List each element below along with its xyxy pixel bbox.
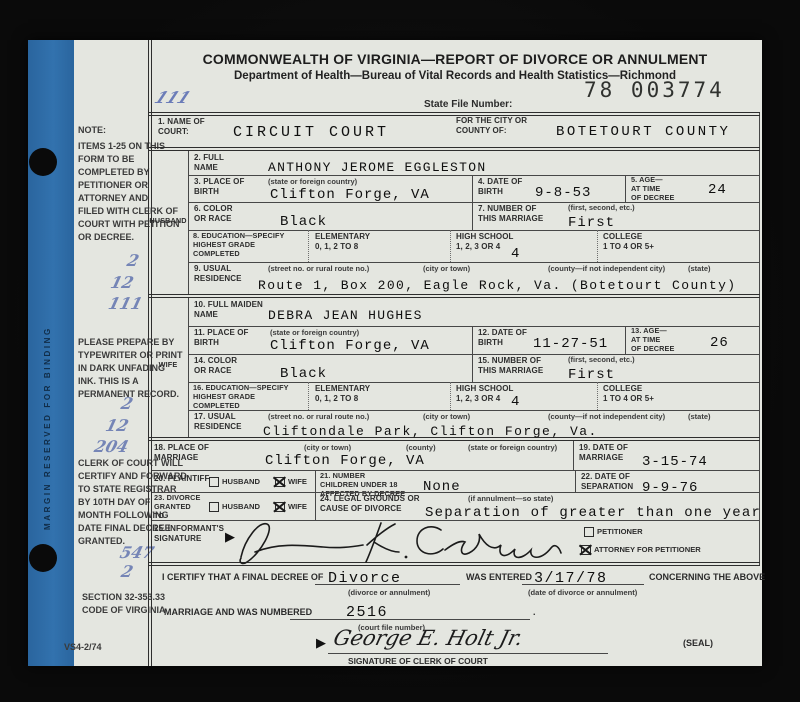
decree-type-caption: (divorce or annulment) bbox=[348, 588, 430, 597]
rule bbox=[625, 326, 626, 354]
husband-full-name-label: 2. FULL NAME bbox=[194, 153, 224, 172]
husband-birthplace-hint: (state or foreign country) bbox=[268, 178, 357, 186]
wife-column-rule bbox=[188, 298, 189, 437]
rule-row1-bottom bbox=[148, 147, 760, 151]
husband-section-label: HUSBAND bbox=[149, 217, 187, 226]
plaintiff-husband-checkbox bbox=[209, 477, 219, 487]
husband-residence-label: 9. USUAL RESIDENCE bbox=[194, 264, 242, 283]
rule bbox=[152, 470, 759, 471]
rule bbox=[328, 653, 608, 654]
marriage-place-hint-state: (state or foreign country) bbox=[468, 444, 557, 452]
certify-text-2: WAS ENTERED bbox=[466, 572, 532, 582]
granted-wife-checkbox bbox=[275, 502, 285, 512]
rule-husband-bottom bbox=[148, 294, 760, 298]
wife-maiden-name-value: DEBRA JEAN HUGHES bbox=[268, 309, 423, 322]
plaintiff-wife-label: WIFE bbox=[288, 477, 307, 486]
punch-hole-bottom bbox=[29, 544, 57, 572]
certify-period: . bbox=[533, 607, 536, 617]
divorce-granted-label: 23. DIVORCE GRANTED TO bbox=[154, 494, 201, 520]
clerk-signature-caption: SIGNATURE OF CLERK OF COURT bbox=[348, 656, 488, 666]
husband-education-label: 8. EDUCATION—SPECIFY HIGHEST GRADE COMPL… bbox=[193, 232, 284, 258]
rule-header-bottom bbox=[148, 112, 760, 116]
marriage-date-value: 3-15-74 bbox=[642, 455, 708, 469]
petitioner-checkbox bbox=[584, 527, 594, 537]
husband-education-college: COLLEGE 1 TO 4 OR 5+ bbox=[603, 232, 654, 251]
marriage-place-hint-county: (county) bbox=[406, 444, 436, 452]
form-paper: MARGIN RESERVED FOR BINDING NOTE: ITEMS … bbox=[28, 40, 762, 666]
decree-type-value: Divorce bbox=[328, 571, 402, 586]
husband-marriage-number-label: 7. NUMBER OF THIS MARRIAGE bbox=[478, 204, 543, 223]
rule bbox=[315, 470, 316, 492]
form-code: VS4-2/74 bbox=[64, 641, 102, 654]
husband-column-rule bbox=[188, 151, 189, 294]
rule bbox=[450, 230, 451, 262]
wife-birthplace-hint: (state or foreign country) bbox=[270, 329, 359, 337]
court-name-label: 1. NAME OF COURT: bbox=[158, 117, 205, 136]
court-name-value: CIRCUIT COURT bbox=[233, 125, 389, 140]
rule bbox=[188, 410, 759, 411]
court-file-number-value: 2516 bbox=[346, 605, 388, 620]
court-county-value: BOTETOURT COUNTY bbox=[556, 125, 730, 139]
rule bbox=[188, 354, 759, 355]
rule bbox=[625, 175, 626, 202]
rule bbox=[597, 230, 598, 262]
seal-label: (SEAL) bbox=[683, 638, 713, 648]
decree-date-caption: (date of divorce or annulment) bbox=[528, 588, 637, 597]
wife-education-elementary: ELEMENTARY 0, 1, 2 TO 8 bbox=[315, 384, 370, 403]
wife-birthplace-value: Clifton Forge, VA bbox=[270, 339, 430, 353]
state-file-number-stamp: 78 003774 bbox=[584, 78, 725, 102]
granted-wife-label: WIFE bbox=[288, 502, 307, 511]
form-right-rule bbox=[759, 112, 760, 566]
wife-residence-hint-city: (city or town) bbox=[423, 413, 470, 421]
rule bbox=[597, 382, 598, 410]
plaintiff-wife-checkbox bbox=[275, 477, 285, 487]
wife-marriage-number-label: 15. NUMBER OF THIS MARRIAGE bbox=[478, 356, 543, 375]
note-heading: NOTE: bbox=[78, 124, 106, 137]
wife-marriage-number-hint: (first, second, etc.) bbox=[568, 356, 635, 364]
decree-date-value: 3/17/78 bbox=[534, 571, 608, 586]
rule bbox=[308, 382, 309, 410]
rule bbox=[308, 230, 309, 262]
marriage-place-value: Clifton Forge, VA bbox=[265, 454, 425, 468]
attorney-checkbox bbox=[581, 545, 591, 555]
wife-education-value: 4 bbox=[511, 395, 520, 409]
marriage-place-label: 18. PLACE OF MARRIAGE bbox=[154, 443, 209, 462]
plaintiff-husband-label: HUSBAND bbox=[222, 477, 260, 486]
husband-residence-hint-street: (street no. or rural route no.) bbox=[268, 265, 369, 273]
certify-text-3: CONCERNING THE ABOVE bbox=[649, 572, 765, 582]
petitioner-label: PETITIONER bbox=[597, 527, 643, 536]
wife-race-label: 14. COLOR OR RACE bbox=[194, 356, 237, 375]
wife-maiden-name-label: 10. FULL MAIDEN NAME bbox=[194, 300, 263, 319]
rule bbox=[188, 262, 759, 263]
note-items: ITEMS 1-25 ON THIS FORM TO BE COMPLETED … bbox=[78, 140, 180, 244]
husband-residence-hint-city: (city or town) bbox=[423, 265, 470, 273]
rule bbox=[472, 202, 473, 230]
husband-residence-hint-county: (county—if not independent city) bbox=[548, 265, 665, 273]
informant-signature-label: 25. INFORMANT'S SIGNATURE bbox=[154, 524, 224, 543]
rule bbox=[152, 492, 759, 493]
husband-birthdate-label: 4. DATE OF BIRTH bbox=[478, 177, 522, 196]
granted-husband-checkbox bbox=[209, 502, 219, 512]
husband-residence-value: Route 1, Box 200, Eagle Rock, Va. (Botet… bbox=[258, 279, 736, 292]
rule bbox=[290, 619, 530, 620]
rule bbox=[188, 202, 759, 203]
certify-text-4: MARRIAGE AND WAS NUMBERED bbox=[164, 607, 312, 617]
husband-birthplace-label: 3. PLACE OF BIRTH bbox=[194, 177, 244, 196]
note-section-code: SECTION 32-353.33 CODE OF VIRGINIA bbox=[82, 591, 166, 617]
wife-birthdate-label: 12. DATE OF BIRTH bbox=[478, 328, 527, 347]
court-county-label: FOR THE CITY OR COUNTY OF: bbox=[456, 116, 527, 135]
binding-margin-text: MARGIN RESERVED FOR BINDING bbox=[43, 190, 52, 530]
informant-signature bbox=[233, 517, 563, 565]
husband-education-highschool: HIGH SCHOOL 1, 2, 3 OR 4 bbox=[456, 232, 514, 251]
form-left-double-rule bbox=[148, 40, 152, 666]
marriage-date-label: 19. DATE OF MARRIAGE bbox=[579, 443, 628, 462]
wife-race-value: Black bbox=[280, 367, 327, 381]
legal-grounds-label: 24. LEGAL GROUNDS OR CAUSE OF DIVORCE bbox=[320, 494, 420, 513]
marriage-place-hint-city: (city or town) bbox=[304, 444, 351, 452]
husband-residence-hint-state: (state) bbox=[688, 265, 711, 273]
rule bbox=[472, 175, 473, 202]
granted-husband-label: HUSBAND bbox=[222, 502, 260, 511]
wife-residence-hint-street: (street no. or rural route no.) bbox=[268, 413, 369, 421]
wife-birthplace-label: 11. PLACE OF BIRTH bbox=[194, 328, 249, 347]
wife-section-label: WIFE bbox=[149, 361, 187, 370]
clerk-arrow-icon: ▶ bbox=[316, 635, 326, 651]
legal-grounds-hint: (if annulment—so state) bbox=[468, 495, 553, 503]
wife-education-label: 16. EDUCATION—SPECIFY HIGHEST GRADE COMP… bbox=[193, 384, 289, 410]
husband-birthdate-value: 9-8-53 bbox=[535, 186, 591, 200]
husband-race-value: Black bbox=[280, 215, 327, 229]
certify-text-1: I CERTIFY THAT A FINAL DECREE OF bbox=[162, 572, 323, 582]
husband-education-elementary: ELEMENTARY 0, 1, 2 TO 8 bbox=[315, 232, 370, 251]
husband-marriage-number-hint: (first, second, etc.) bbox=[568, 204, 635, 212]
husband-age-value: 24 bbox=[708, 183, 727, 197]
separation-date-label: 22. DATE OF SEPARATION bbox=[581, 472, 633, 491]
wife-residence-hint-county: (county—if not independent city) bbox=[548, 413, 665, 421]
rule bbox=[575, 470, 576, 492]
husband-education-value: 4 bbox=[511, 247, 520, 261]
form-title: COMMONWEALTH OF VIRGINIA—REPORT OF DIVOR… bbox=[150, 51, 760, 67]
husband-age-label: 5. AGE— AT TIME OF DECREE bbox=[631, 176, 674, 202]
handwritten-111: 111 bbox=[152, 88, 194, 107]
wife-education-highschool: HIGH SCHOOL 1, 2, 3 OR 4 bbox=[456, 384, 514, 403]
plaintiff-label: 20. PLAINTIFF bbox=[154, 474, 210, 484]
state-file-number-label: State File Number: bbox=[424, 99, 512, 110]
rule bbox=[315, 492, 316, 520]
rule bbox=[472, 326, 473, 354]
handwritten-codes-b: 2 12 204 bbox=[90, 393, 142, 458]
clerk-signature: George E. Holt Jr. bbox=[331, 626, 526, 650]
wife-residence-label: 17. USUAL RESIDENCE bbox=[194, 412, 242, 431]
scanned-document: MARGIN RESERVED FOR BINDING NOTE: ITEMS … bbox=[0, 0, 800, 702]
rule bbox=[450, 382, 451, 410]
wife-residence-value: Cliftondale Park, Clifton Forge, Va. bbox=[263, 425, 598, 438]
attorney-label: ATTORNEY FOR PETITIONER bbox=[594, 545, 701, 554]
husband-birthplace-value: Clifton Forge, VA bbox=[270, 188, 430, 202]
husband-full-name-value: ANTHONY JEROME EGGLESTON bbox=[268, 161, 486, 174]
wife-residence-hint-state: (state) bbox=[688, 413, 711, 421]
husband-marriage-number-value: First bbox=[568, 216, 615, 230]
wife-marriage-number-value: First bbox=[568, 368, 615, 382]
rule bbox=[472, 354, 473, 382]
wife-education-college: COLLEGE 1 TO 4 OR 5+ bbox=[603, 384, 654, 403]
punch-hole-top bbox=[29, 148, 57, 176]
husband-race-label: 6. COLOR OR RACE bbox=[194, 204, 233, 223]
wife-age-value: 26 bbox=[710, 336, 729, 350]
wife-birthdate-value: 11-27-51 bbox=[533, 337, 608, 351]
wife-age-label: 13. AGE— AT TIME OF DECREE bbox=[631, 327, 674, 353]
rule bbox=[573, 441, 574, 470]
